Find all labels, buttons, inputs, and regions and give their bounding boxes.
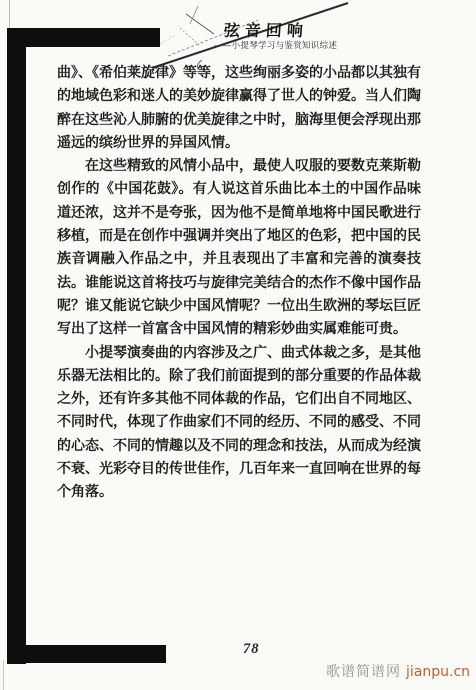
frame-bar-bottom [7, 645, 166, 663]
paragraph-violin-repertoire: 小提琴演奏曲的内容涉及之广、曲式体裁之多，是其他乐器无法相比的。除了我们前面提到… [57, 342, 421, 505]
paragraph-china-flower-drum: 在这些精致的风情小品中，最使人叹服的要数克莱斯勒创作的《中国花鼓》。有人说这首乐… [57, 155, 421, 341]
paragraph-continuation: 曲》、《希伯莱旋律》等等，这些绚丽多姿的小品都以其独有的地域色彩和迷人的美妙旋律… [57, 62, 421, 155]
watermark-domain: jianpu.cn [406, 664, 470, 680]
watermark-site-name: 歌谱简谱网 [326, 664, 401, 680]
scanned-book-page: 弦音回响 ——小提琴学习与鉴赏知识综述 曲》、《希伯莱旋律》等等，这些绚丽多姿的… [0, 0, 476, 690]
frame-bar-left [7, 28, 26, 664]
page-body-text: 曲》、《希伯莱旋律》等等，这些绚丽多姿的小品都以其独有的地域色彩和迷人的美妙旋律… [57, 62, 421, 505]
watermark: 歌谱简谱网jianpu.cn [326, 661, 470, 681]
book-series-logo-subtitle: ——小提琴学习与鉴赏知识综述 [214, 39, 337, 51]
scan-edge-line-top [9, 0, 10, 30]
book-series-logo-title: 弦音回响 [223, 18, 309, 41]
page-number: 78 [243, 641, 260, 658]
frame-bar-top [7, 28, 160, 47]
scan-edge-line-bottom [3, 660, 4, 690]
